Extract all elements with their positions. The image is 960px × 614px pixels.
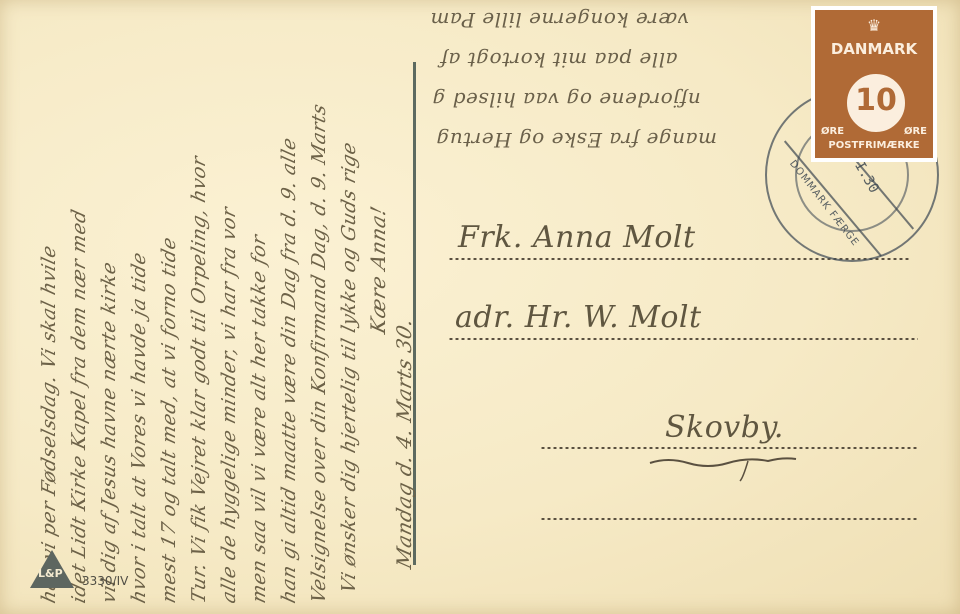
- message-line-1: Vi ønsker dig hjertelig til lykke og Gud…: [338, 140, 360, 596]
- message-line-6: Tur. Vi fik Vejret klar godt til Orpelin…: [188, 154, 210, 606]
- stamp-denomination-left: ØRE: [821, 126, 844, 137]
- message-line-9: vil dig af Jesus havne nærte kirke: [98, 259, 120, 605]
- upside-down-line-1: være kongerne lille Pam: [430, 8, 689, 32]
- stamp-value: 10: [850, 83, 902, 118]
- address-line-3: Skovby.: [665, 410, 784, 445]
- address-dotted-line-3: [540, 447, 918, 449]
- crown-icon: ♛: [815, 16, 933, 35]
- upside-down-line-3: nfjordene og vaa hilsed g: [432, 88, 701, 112]
- address-dotted-line-2: [448, 338, 918, 340]
- stamp-label: POSTFRIMÆRKE: [815, 140, 933, 151]
- message-greeting: Kære Anna!: [366, 203, 390, 336]
- postage-stamp: ♛ DANMARK 10 ØRE ØRE POSTFRIMÆRKE: [811, 6, 937, 162]
- stamp-body: ♛ DANMARK 10 ØRE ØRE POSTFRIMÆRKE: [815, 10, 933, 158]
- upside-down-line-4: mange fra Eske og Hertug: [436, 128, 717, 152]
- message-line-5: alle de hyggelige minder, vi har fra vor: [218, 205, 240, 606]
- publisher-number: 3330/IV: [82, 574, 128, 588]
- message-line-10: idet Lidt Kirke Kapel fra dem nær med: [68, 207, 90, 605]
- message-line-3: han gi altid maatte være din Dag fra d. …: [278, 135, 300, 606]
- address-dotted-line-4: [540, 518, 918, 520]
- message-line-4: men saa vil vi være alt her takke for: [248, 232, 270, 605]
- postcard: være kongerne lille Pam alle paa mit kor…: [0, 0, 960, 614]
- message-line-8: hvor i talt at Vores vi havde ja tide: [128, 250, 150, 606]
- message-line-7: mest 17 og talt med, at vi forno tide: [158, 234, 180, 605]
- address-line-1: Frk. Anna Molt: [458, 220, 696, 255]
- stamp-denomination-right: ØRE: [904, 126, 927, 137]
- stamp-country: DANMARK: [815, 40, 933, 58]
- publisher-logo-text: L&P: [38, 567, 63, 580]
- message-dateline: Mandag d. 4. Marts 30.: [392, 315, 416, 571]
- message-line-2: Velsignelse over din Konfirmand Dag, d. …: [308, 101, 330, 605]
- underline-flourish-icon: [648, 453, 798, 483]
- stamp-value-circle: 10: [847, 74, 905, 132]
- upside-down-line-2: alle paa mit kortogt af: [440, 48, 678, 72]
- address-line-2: adr. Hr. W. Molt: [455, 300, 702, 335]
